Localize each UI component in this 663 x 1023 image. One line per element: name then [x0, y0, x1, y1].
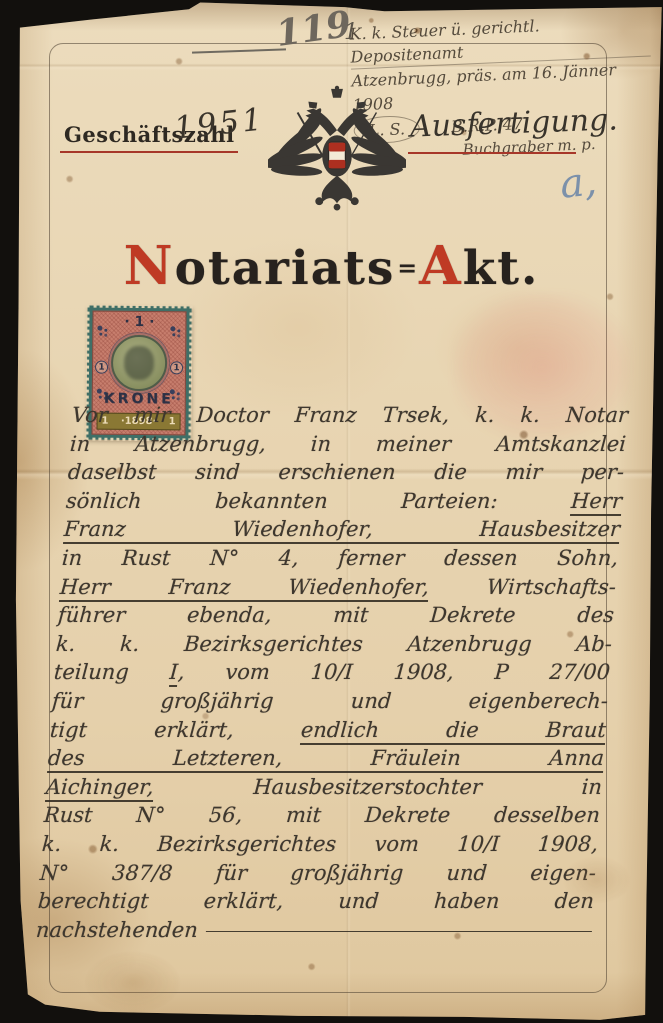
- handwritten-line: Herr Franz Wiedenhofer, Wirtschafts-: [59, 573, 617, 602]
- handwritten-line: führer ebenda, mit Dekrete des: [57, 601, 615, 630]
- handwriting: nachstehenden: [35, 916, 199, 945]
- handwritten-line: Rust N° 56, mit Dekrete desselben: [43, 801, 601, 830]
- handwritten-line: Franz Wiedenhofer, Hausbesitzer: [63, 515, 621, 544]
- handwriting: teilung: [53, 660, 170, 684]
- handwriting: k. k. Bezirksgerichtes Atzenbrugg Ab-: [55, 632, 613, 656]
- handwritten-line: in Atzenbrugg, in meiner Amtskanzlei: [69, 430, 627, 459]
- handwriting: in Atzenbrugg, in meiner Amtskanzlei: [69, 432, 627, 456]
- handwriting: k. k. Bezirksgerichtes vom 10/I 1908,: [41, 832, 599, 856]
- imperial-double-eagle-icon: [268, 84, 406, 214]
- title-initial-n: N: [124, 234, 175, 297]
- underlined-handwriting: endlich die Braut: [300, 718, 607, 745]
- handwritten-line: k. k. Bezirksgerichtes vom 10/I 1908,: [41, 830, 599, 859]
- handwriting: berechtigt erklärt, und haben den: [37, 889, 595, 913]
- handwriting: Vor mir Doctor Franz Trsek, k. k. Notar: [71, 403, 629, 427]
- title-separator: =: [397, 254, 417, 282]
- handwriting: führer ebenda, mit Dekrete des: [57, 603, 615, 627]
- underlined-handwriting: Aichinger,: [45, 775, 155, 802]
- handwritten-line: Aichinger, Hausbesitzerstochter in: [45, 773, 603, 802]
- title-rest-2: kt.: [463, 241, 540, 296]
- fill-rule-line: [206, 931, 592, 932]
- handwritten-line: für großjährig und eigenberech-: [51, 687, 609, 716]
- handwriting: Hausbesitzerstochter in: [153, 775, 603, 799]
- handwritten-line: k. k. Bezirksgerichtes Atzenbrugg Ab-: [55, 630, 613, 659]
- handwritten-line: tigt erklärt, endlich die Braut: [49, 716, 607, 745]
- stamp-eagle-emblem-icon: [124, 346, 154, 380]
- stamp-side-value-left: 1: [95, 360, 108, 373]
- scan-artifact: [0, 76, 5, 110]
- underlined-handwriting: des Letzteren, Fräulein Anna: [47, 746, 605, 773]
- handwritten-line: teilung I, vom 10/I 1908, P 27/00: [53, 658, 611, 687]
- handwriting: Wirtschafts-: [428, 575, 617, 599]
- stamp-ornament-icon: [170, 326, 175, 331]
- underlined-handwriting: Franz Wiedenhofer, Hausbesitzer: [63, 517, 621, 544]
- stamp-ornament-icon: [97, 326, 102, 331]
- handwriting: daselbst sind erschienen die mir per-: [67, 460, 625, 484]
- handwritten-line: des Letzteren, Fräulein Anna: [47, 744, 605, 773]
- handwritten-line: Vor mir Doctor Franz Trsek, k. k. Notar: [71, 401, 629, 430]
- case-number-redline: [60, 151, 238, 153]
- title-initial-a: A: [419, 234, 463, 297]
- underlined-handwriting: Herr Franz Wiedenhofer,: [59, 575, 430, 602]
- handwritten-line: sönlich bekannten Parteien: Herr: [65, 487, 623, 516]
- handwritten-line: berechtigt erklärt, und haben den: [37, 887, 595, 916]
- stamp-emblem-circle: [111, 335, 167, 391]
- handwriting: tigt erklärt,: [49, 718, 302, 742]
- handwriting: für großjährig und eigenberech-: [51, 689, 609, 713]
- handwriting: Rust N° 56, mit Dekrete desselben: [43, 803, 601, 827]
- stamp-side-value-right: 1: [170, 361, 183, 374]
- body-text: Vor mir Doctor Franz Trsek, k. k. Notari…: [35, 401, 629, 944]
- handwriting: sönlich bekannten Parteien:: [65, 489, 572, 513]
- paper-sheet: 119 1 K. k. Steuer ü. gerichtl. Deposite…: [0, 0, 663, 1023]
- scanned-document: 119 1 K. k. Steuer ü. gerichtl. Deposite…: [0, 0, 663, 1023]
- handwritten-line: N° 387/8 für großjährig und eigen-: [39, 859, 597, 888]
- handwritten-line: in Rust N° 4, ferner dessen Sohn,: [61, 544, 619, 573]
- underlined-handwriting: Herr: [570, 489, 623, 516]
- blue-pencil-mark: a,: [558, 158, 599, 208]
- handwriting: in Rust N° 4, ferner dessen Sohn,: [61, 546, 619, 570]
- handwritten-line: daselbst sind erschienen die mir per-: [67, 458, 625, 487]
- handwritten-line: nachstehenden: [35, 916, 593, 945]
- copy-label-redline: [408, 152, 576, 154]
- handwriting: N° 387/8 für großjährig und eigen-: [39, 861, 597, 885]
- handwriting: , vom 10/I 1908, P 27/00: [177, 660, 611, 684]
- title-rest-1: otariats: [175, 241, 396, 296]
- page-title: Notariats=Akt.: [0, 234, 663, 297]
- copy-label: Ausfertigung.: [409, 102, 618, 144]
